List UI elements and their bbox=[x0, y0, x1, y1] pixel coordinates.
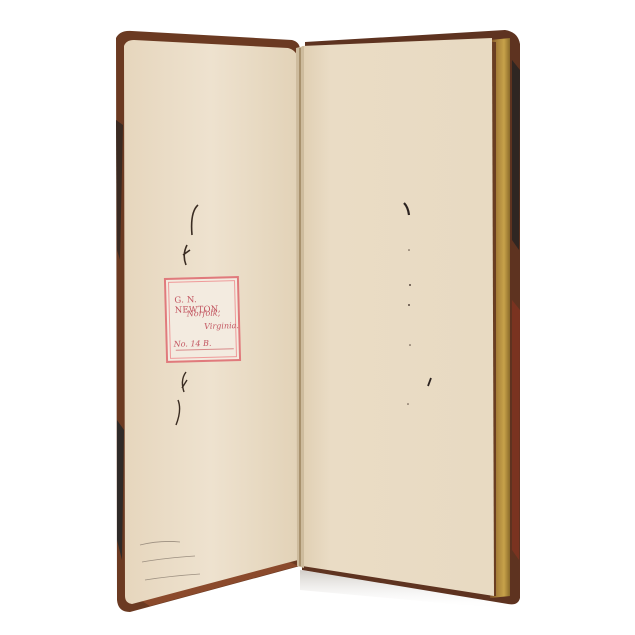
book-photo: G. N. NEWTON, Norfolk, Virginia. No. 14 … bbox=[0, 0, 635, 635]
label-city: Norfolk, bbox=[187, 309, 221, 319]
right-page bbox=[302, 38, 494, 596]
label-state: Virginia. bbox=[204, 321, 239, 331]
book-illustration bbox=[0, 0, 635, 635]
bookplate-label: G. N. NEWTON, Norfolk, Virginia. No. 14 … bbox=[164, 276, 241, 363]
label-number: No. 14 B. bbox=[174, 339, 212, 349]
label-number-line bbox=[176, 348, 234, 351]
